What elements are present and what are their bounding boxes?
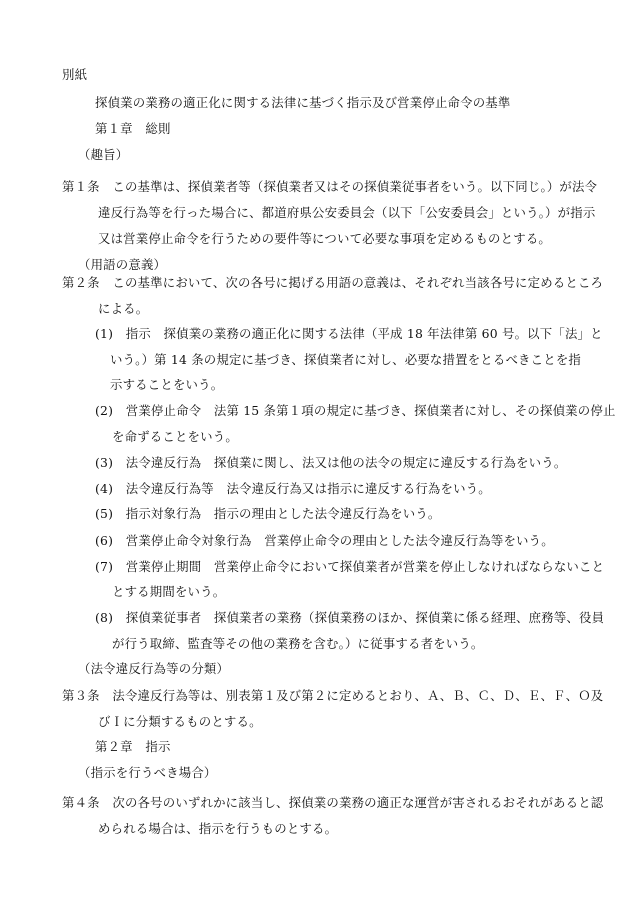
definition-3: (3) 法令違反行為 探偵業に関し、法又は他の法令の規定に違反する行為をいう。 [95,455,566,471]
article-1-line: 第１条 この基準は、探偵業者等（探偵業者又はその探偵業従事者をいう。以下同じ。）… [62,179,597,195]
chapter-2-heading: 第２章 指示 [95,739,171,755]
definition-5: (5) 指示対象行為 指示の理由とした法令違反行為をいう。 [95,506,441,522]
article-4-heading: （指示を行うべき場合） [78,765,217,781]
article-4-line: められる場合は、指示を行うものとする。 [98,821,337,837]
definition-1: (1) 指示 探偵業の業務の適正化に関する法律（平成 18 年法律第 60 号。… [95,326,603,342]
chapter-1-heading: 第１章 総則 [95,121,171,137]
attachment-label: 別紙 [62,67,87,83]
document-title: 探偵業の業務の適正化に関する法律に基づく指示及び営業停止命令の基準 [95,95,511,111]
definition-2-cont: を命ずることをいう。 [112,429,238,445]
article-1-line: 違反行為等を行った場合に、都道府県公安委員会（以下「公安委員会」という。）が指示 [98,205,595,221]
definition-2: (2) 営業停止命令 法第 15 条第１項の規定に基づき、探偵業者に対し、その探… [95,403,616,419]
article-1-heading: （趣旨） [78,147,128,163]
article-4-line: 第４条 次の各号のいずれかに該当し、探偵業の業務の適正な運営が害されるおそれがあ… [62,795,603,811]
definition-4: (4) 法令違反行為等 法令違反行為又は指示に違反する行為をいう。 [95,481,491,497]
definition-1-cont: 示することをいう。 [110,377,223,393]
article-3-heading: （法令違反行為等の分類） [78,661,229,677]
article-2-line: による。 [98,301,148,317]
article-1-line: 又は営業停止命令を行うための要件等について必要な事項を定めるものとする。 [98,231,551,247]
article-3-line: びＩに分類するものとする。 [98,714,262,730]
article-2-line: 第２条 この基準において、次の各号に掲げる用語の意義は、それぞれ当該各号に定める… [62,275,603,291]
definition-7-cont: とする期間をいう。 [112,584,225,600]
definition-8: (8) 探偵業従事者 探偵業者の業務（探偵業務のほか、探偵業に係る経理、庶務等、… [95,610,604,626]
article-2-heading: （用語の意義） [78,257,166,273]
definition-7: (7) 営業停止期間 営業停止命令において探偵業者が営業を停止しなければならない… [95,559,604,575]
definition-1-cont: いう。）第 14 条の規定に基づき、探偵業者に対し、必要な措置をとるべきことを指 [110,352,581,368]
article-3-line: 第３条 法令違反行為等は、別表第１及び第２に定めるとおり、Ａ、Ｂ、Ｃ、Ｄ、Ｅ、Ｆ… [62,688,603,704]
definition-6: (6) 営業停止命令対象行為 営業停止命令の理由とした法令違反行為等をいう。 [95,533,554,549]
definition-8-cont: が行う取締、監査等その他の業務を含む。）に従事する者をいう。 [112,636,484,652]
